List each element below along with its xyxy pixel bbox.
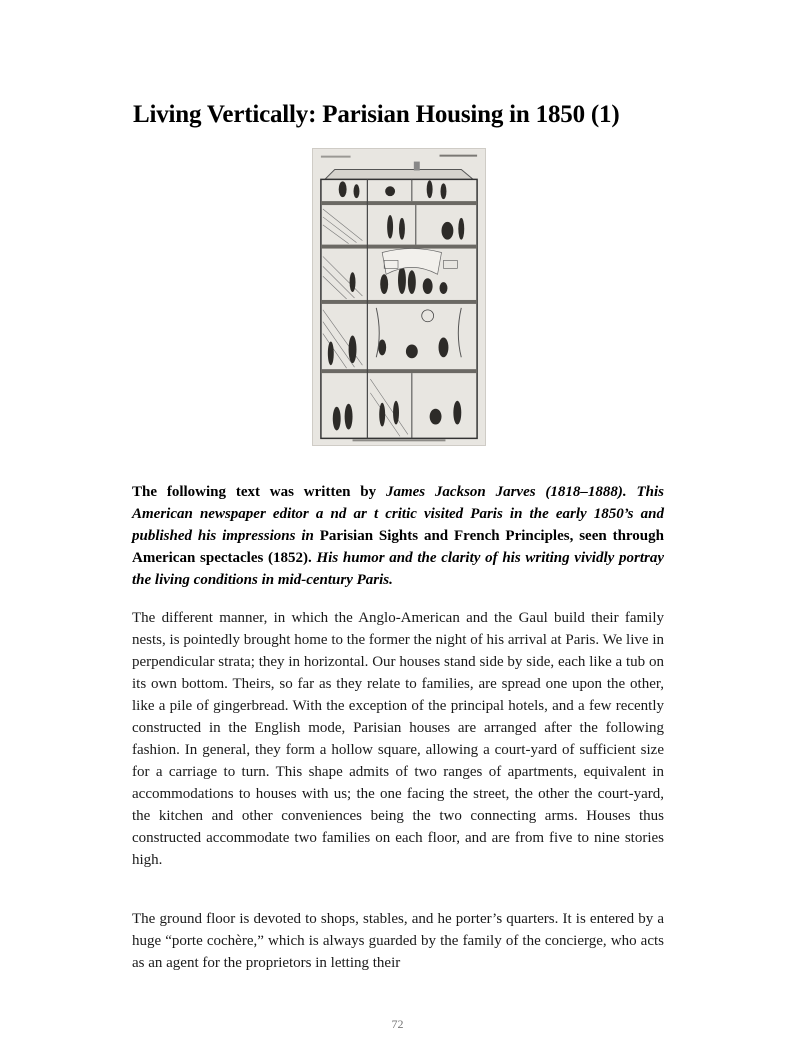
engraving-image [313,149,485,445]
body-paragraph: The different manner, in which the Anglo… [132,607,664,871]
page-number: 72 [0,1017,795,1032]
document-page: Living Vertically: Parisian Housing in 1… [0,0,795,1063]
intro-text-1: The following text was written by [132,484,386,500]
intro-paragraph: The following text was written by James … [132,481,664,591]
body-paragraph: The ground floor is devoted to shops, st… [132,908,664,974]
building-cross-section-illustration [312,148,486,446]
page-title: Living Vertically: Parisian Housing in 1… [133,98,693,132]
